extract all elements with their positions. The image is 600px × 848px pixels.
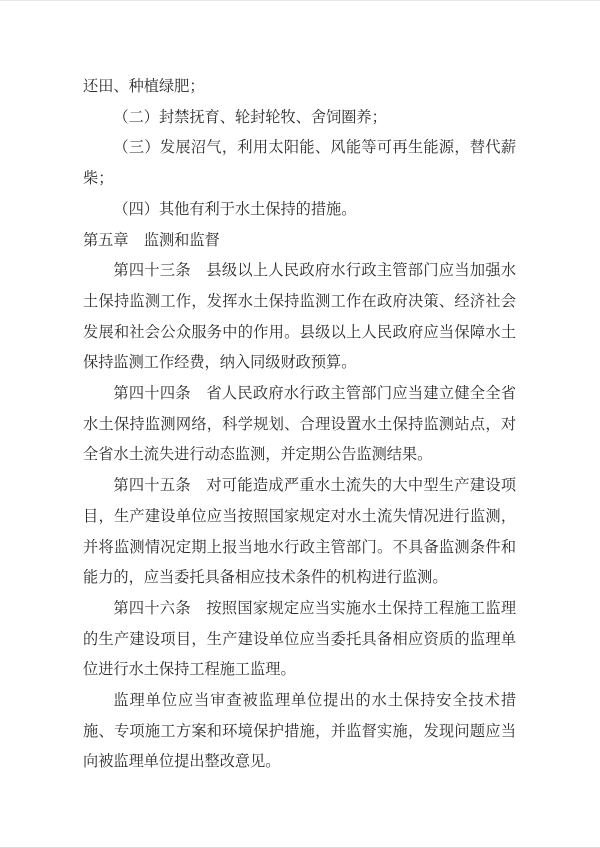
article-44-paragraph: 第四十四条 省人民政府水行政主管部门应当建立健全全省水土保持监测网络，科学规划、… [83,379,516,471]
article-45-paragraph: 第四十五条 对可能造成严重水土流失的大中型生产建设项目，生产建设单位应当按照国家… [83,471,516,594]
list-item-4: （四）其他有利于水土保持的措施。 [83,195,516,226]
paragraph-continuation: 还田、种植绿肥； [83,72,516,103]
list-item-2: （二）封禁抚育、轮封轮牧、舍饲圈养； [83,103,516,134]
list-item-3: （三）发展沼气，利用太阳能、风能等可再生能源，替代薪柴； [83,133,516,194]
article-46-paragraph: 第四十六条 按照国家规定应当实施水土保持工程施工监理的生产建设项目，生产建设单位… [83,594,516,686]
article-43-paragraph: 第四十三条 县级以上人民政府水行政主管部门应当加强水土保持监测工作，发挥水土保持… [83,256,516,379]
article-46-second-paragraph: 监理单位应当审查被监理单位提出的水土保持安全技术措施、专项施工方案和环境保护措施… [83,686,516,778]
chapter-heading: 第五章 监测和监督 [83,226,516,257]
document-page: 还田、种植绿肥； （二）封禁抚育、轮封轮牧、舍饲圈养； （三）发展沼气，利用太阳… [0,0,600,848]
